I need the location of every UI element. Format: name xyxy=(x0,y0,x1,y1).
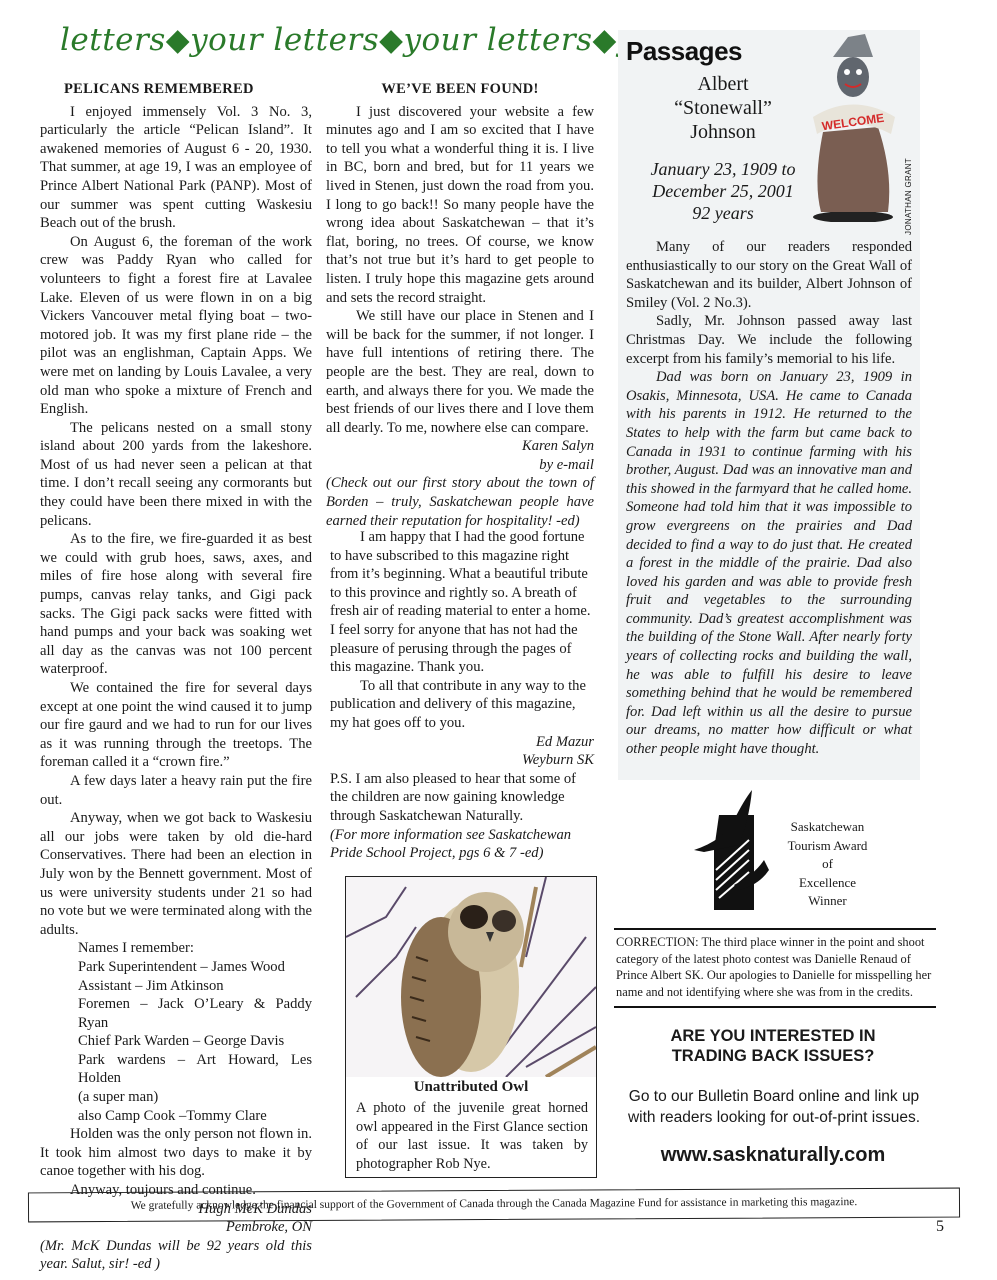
award-text: Saskatchewan Tourism Award of Excellence… xyxy=(770,818,885,911)
name-item: Assistant – Jim Atkinson xyxy=(78,977,312,996)
correction-notice: CORRECTION: The third place winner in th… xyxy=(614,928,936,1008)
award-line: Excellence xyxy=(770,874,885,893)
signature-place: by e-mail xyxy=(326,456,594,475)
name-item: Park wardens – Art Howard, Les Holden xyxy=(78,1051,312,1088)
date-line: January 23, 1909 to xyxy=(628,158,818,180)
paragraph: I just discovered your website a few min… xyxy=(326,103,594,308)
editor-note: (For more information see Saskatchewan P… xyxy=(330,826,594,863)
signature-name: Karen Salyn xyxy=(326,437,594,456)
date-line: December 25, 2001 xyxy=(628,180,818,202)
award-line: Winner xyxy=(770,892,885,911)
names-intro: Names I remember: xyxy=(78,939,312,958)
heading-line: TRADING BACK ISSUES? xyxy=(614,1046,932,1066)
heading-line: ARE YOU INTERESTED IN xyxy=(614,1026,932,1046)
owl-photo xyxy=(346,877,596,1077)
passages-box: Passages Albert “Stonewall” Johnson Janu… xyxy=(618,30,920,780)
award-line: Tourism Award xyxy=(770,837,885,856)
paragraph: As to the fire, we fire-guarded it as be… xyxy=(40,530,312,679)
trading-heading: ARE YOU INTERESTED IN TRADING BACK ISSUE… xyxy=(614,1026,932,1066)
name-line: “Stonewall” xyxy=(628,96,818,120)
editor-note: (Check out our first story about the tow… xyxy=(326,474,594,530)
names-list: Names I remember: Park Superintendent – … xyxy=(40,939,312,1125)
paragraph: Sadly, Mr. Johnson passed away last Chri… xyxy=(626,312,912,368)
tourism-award-logo xyxy=(694,790,774,915)
paragraph: A few days later a heavy rain put the fi… xyxy=(40,772,312,809)
paragraph: The pelicans nested on a small stony isl… xyxy=(40,419,312,531)
paragraph: I am happy that I had the good fortune t… xyxy=(330,528,594,677)
paragraph: Anyway, when we got back to Waskesiu all… xyxy=(40,809,312,939)
letter-heading: WE’VE BEEN FOUND! xyxy=(326,80,594,99)
funding-acknowledgement: We gratefully acknowledge the financial … xyxy=(28,1188,960,1223)
website-link[interactable]: www.sasknaturally.com xyxy=(614,1144,932,1167)
page-number: 5 xyxy=(936,1218,944,1236)
paragraph: I enjoyed immensely Vol. 3 No. 3, partic… xyxy=(40,103,312,233)
name-item: Foremen – Jack O’Leary & Paddy Ryan xyxy=(78,995,312,1032)
editor-note: (Mr. McK Dundas will be 92 years old thi… xyxy=(40,1237,312,1274)
letter-found: WE’VE BEEN FOUND! I just discovered your… xyxy=(326,80,594,530)
paragraph: Holden was the only person not flown in.… xyxy=(40,1125,312,1181)
age-line: 92 years xyxy=(628,202,818,224)
stone-welcome-photo: WELCOME xyxy=(803,22,903,222)
paragraph: Many of our readers responded enthusiast… xyxy=(626,238,912,312)
signature-place: Weyburn SK xyxy=(330,751,594,770)
award-line: of xyxy=(770,855,885,874)
paragraph: To all that contribute in any way to the… xyxy=(330,677,594,733)
signature-name: Ed Mazur xyxy=(330,733,594,752)
passages-dates: January 23, 1909 to December 25, 2001 92… xyxy=(628,158,818,224)
name-item: (a super man) xyxy=(78,1088,312,1107)
paragraph: On August 6, the foreman of the work cre… xyxy=(40,233,312,419)
passages-body: Many of our readers responded enthusiast… xyxy=(626,238,912,759)
trading-body: Go to our Bulletin Board online and link… xyxy=(614,1086,934,1128)
memorial-text: Dad was born on January 23, 1909 in Osak… xyxy=(626,368,912,758)
name-line: Albert xyxy=(628,72,818,96)
name-item: Park Superintendent – James Wood xyxy=(78,958,312,977)
photo-credit: JONATHAN GRANT xyxy=(904,158,913,235)
owl-title: Unattributed Owl xyxy=(346,1079,596,1096)
name-line: Johnson xyxy=(628,120,818,144)
award-line: Saskatchewan xyxy=(770,818,885,837)
postscript: P.S. I am also pleased to hear that some… xyxy=(330,770,594,826)
letter-pelicans: PELICANS REMEMBERED I enjoyed immensely … xyxy=(40,80,312,1274)
paragraph: We contained the fire for several days e… xyxy=(40,679,312,772)
owl-photo-box: Unattributed Owl A photo of the juvenile… xyxy=(345,876,597,1178)
letter-heading: PELICANS REMEMBERED xyxy=(40,80,312,99)
name-item: Chief Park Warden – George Davis xyxy=(78,1032,312,1051)
owl-caption: A photo of the juvenile great horned owl… xyxy=(356,1099,588,1173)
letter-subscriber: I am happy that I had the good fortune t… xyxy=(330,528,594,863)
name-item: also Camp Cook –Tommy Clare xyxy=(78,1107,312,1126)
section-banner: letters◆your letters◆your letters◆your xyxy=(60,22,600,58)
passages-title: Passages xyxy=(626,36,742,67)
paragraph: We still have our place in Stenen and I … xyxy=(326,307,594,437)
passages-name: Albert “Stonewall” Johnson xyxy=(628,72,818,144)
